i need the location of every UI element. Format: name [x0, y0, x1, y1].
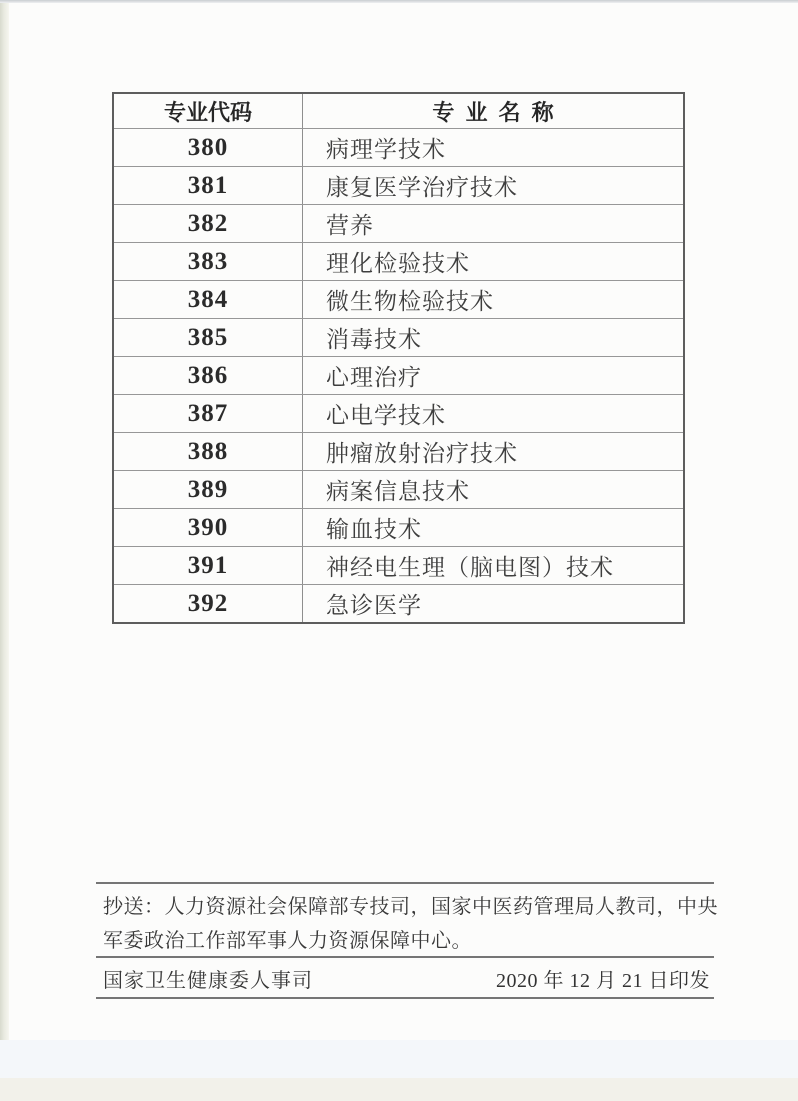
- table-row: 381康复医学治疗技术: [114, 166, 683, 204]
- cell-code: 391: [114, 547, 303, 584]
- table-row: 392急诊医学: [114, 584, 683, 622]
- specialty-name: 肿瘤放射治疗技术: [326, 435, 518, 468]
- table-row: 388肿瘤放射治疗技术: [114, 432, 683, 470]
- print-date: 2020 年 12 月 21 日印发: [496, 964, 710, 993]
- cell-code: 390: [114, 509, 303, 546]
- specialty-code: 390: [188, 514, 229, 542]
- document-page: 专业代码 专 业 名 称 380病理学技术381康复医学治疗技术382营养383…: [0, 0, 798, 1101]
- specialty-code: 388: [188, 438, 229, 466]
- header-label-code: 专业代码: [164, 96, 252, 127]
- header-cell-name: 专 业 名 称: [303, 94, 683, 128]
- specialty-name: 病理学技术: [326, 131, 446, 164]
- specialty-code: 386: [188, 362, 229, 390]
- cc-paragraph: 抄送：人力资源社会保障部专技司，国家中医药管理局人教司，中央 军委政治工作部军事…: [103, 890, 723, 958]
- table-row: 387心电学技术: [114, 394, 683, 432]
- cell-name: 肿瘤放射治疗技术: [303, 433, 683, 470]
- table-row: 390输血技术: [114, 508, 683, 546]
- specialty-name: 康复医学治疗技术: [326, 169, 518, 202]
- issuer-row: 国家卫生健康委人事司 2020 年 12 月 21 日印发: [103, 960, 710, 996]
- specialty-code: 382: [188, 210, 229, 238]
- specialty-code: 392: [188, 590, 229, 618]
- table-row: 385消毒技术: [114, 318, 683, 356]
- table-row: 383理化检验技术: [114, 242, 683, 280]
- table-row: 380病理学技术: [114, 128, 683, 166]
- table-row: 386心理治疗: [114, 356, 683, 394]
- specialty-name: 理化检验技术: [326, 245, 470, 278]
- cell-code: 380: [114, 129, 303, 166]
- header-label-name: 专 业 名 称: [432, 96, 553, 127]
- specialty-name: 心电学技术: [326, 397, 446, 430]
- table-body: 380病理学技术381康复医学治疗技术382营养383理化检验技术384微生物检…: [114, 128, 683, 622]
- issuer-department: 国家卫生健康委人事司: [103, 964, 313, 993]
- cell-name: 微生物检验技术: [303, 281, 683, 318]
- scan-bottom-band: [0, 1040, 798, 1078]
- table-row: 391神经电生理（脑电图）技术: [114, 546, 683, 584]
- specialty-name: 病案信息技术: [326, 473, 470, 506]
- cell-code: 383: [114, 243, 303, 280]
- footer-divider-top: [96, 882, 714, 884]
- scan-top-edge: [0, 0, 798, 3]
- specialty-name: 营养: [326, 207, 374, 240]
- specialty-code: 380: [188, 134, 229, 162]
- cell-code: 381: [114, 167, 303, 204]
- specialty-name: 输血技术: [326, 511, 422, 544]
- cell-name: 急诊医学: [303, 585, 683, 622]
- cell-name: 神经电生理（脑电图）技术: [303, 547, 683, 584]
- cell-name: 康复医学治疗技术: [303, 167, 683, 204]
- specialty-name: 神经电生理（脑电图）技术: [326, 549, 614, 582]
- specialty-code: 387: [188, 400, 229, 428]
- specialty-code: 389: [188, 476, 229, 504]
- table-row: 382营养: [114, 204, 683, 242]
- cell-code: 384: [114, 281, 303, 318]
- specialty-code: 391: [188, 552, 229, 580]
- specialty-code: 385: [188, 324, 229, 352]
- specialty-name: 急诊医学: [326, 587, 422, 620]
- specialty-code: 384: [188, 286, 229, 314]
- specialty-code: 383: [188, 248, 229, 276]
- cell-name: 心电学技术: [303, 395, 683, 432]
- specialty-name: 微生物检验技术: [326, 283, 494, 316]
- specialty-code: 381: [188, 172, 229, 200]
- table-row: 384微生物检验技术: [114, 280, 683, 318]
- specialty-code-table: 专业代码 专 业 名 称 380病理学技术381康复医学治疗技术382营养383…: [112, 92, 685, 624]
- table-header-row: 专业代码 专 业 名 称: [114, 94, 683, 128]
- cell-name: 营养: [303, 205, 683, 242]
- cell-code: 385: [114, 319, 303, 356]
- cell-name: 消毒技术: [303, 319, 683, 356]
- table-row: 389病案信息技术: [114, 470, 683, 508]
- specialty-name: 心理治疗: [326, 359, 422, 392]
- cell-code: 386: [114, 357, 303, 394]
- cell-code: 387: [114, 395, 303, 432]
- cell-name: 理化检验技术: [303, 243, 683, 280]
- cell-name: 心理治疗: [303, 357, 683, 394]
- footer-divider-bottom: [96, 997, 714, 999]
- cell-code: 388: [114, 433, 303, 470]
- cell-code: 382: [114, 205, 303, 242]
- cc-line-1: 抄送：人力资源社会保障部专技司，国家中医药管理局人教司，中央: [103, 890, 723, 924]
- header-cell-code: 专业代码: [114, 94, 303, 128]
- cc-line-2: 军委政治工作部军事人力资源保障中心。: [103, 924, 723, 958]
- scan-bottom-edge: [0, 1078, 798, 1101]
- specialty-name: 消毒技术: [326, 321, 422, 354]
- cell-name: 病案信息技术: [303, 471, 683, 508]
- cell-name: 输血技术: [303, 509, 683, 546]
- scan-left-edge: [0, 0, 9, 1101]
- cell-name: 病理学技术: [303, 129, 683, 166]
- footer-divider-middle: [96, 956, 714, 958]
- cell-code: 392: [114, 585, 303, 622]
- cell-code: 389: [114, 471, 303, 508]
